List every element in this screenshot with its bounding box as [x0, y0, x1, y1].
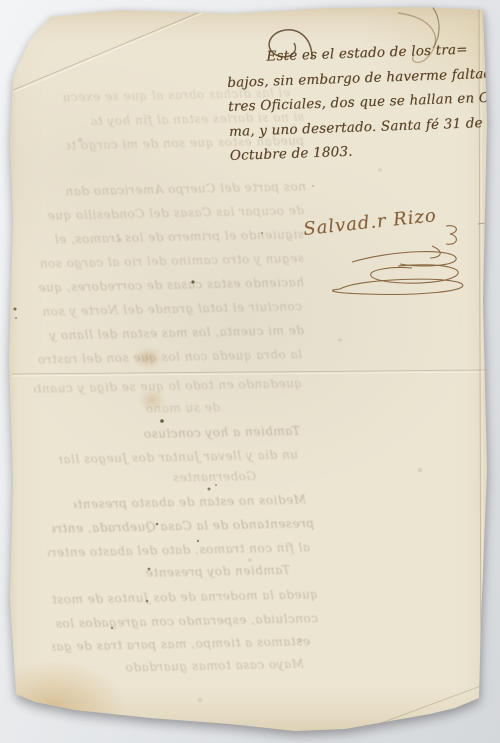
signature-salvador-rizo: Salvad.r Rizo — [302, 205, 437, 240]
bleedthrough-line: de mi cuenta, los mas estan del llano y — [34, 323, 304, 343]
paper-shadow-wrap: el las dichas obras al que se executensi… — [0, 0, 500, 743]
bleedthrough-line: un dia y llevar Juntar dos Juegos llanos — [58, 447, 298, 466]
bleedthrough-line: Gobernantes — [66, 469, 256, 487]
bleedthrough-line: siguiendo el primero de los tramos, el — [38, 227, 304, 247]
bleedthrough-line: Tambien a hoy concluso — [88, 424, 300, 442]
bleedthrough-line: estamos a tiempo, mas para tras de gasto… — [52, 634, 310, 653]
bleedthrough-line: quedando en todo lo que se diga y cuanto — [34, 376, 302, 396]
signature-rubric-flourish — [333, 226, 463, 295]
bleedthrough-line: Mayo casa tomas guardado — [92, 657, 304, 675]
photo-backdrop: el las dichas obras al que se executensi… — [0, 0, 500, 743]
manuscript-page: el las dichas obras al que se executensi… — [0, 0, 500, 743]
bleedthrough-line: nos parte del Cuerpo Americano dan — [58, 179, 306, 198]
bleedthrough-line: la obra queda con los que son del rastro — [30, 347, 302, 367]
bleedthrough-line: Tambien doy presente — [88, 563, 290, 581]
bleedthrough-line: concluir el total grande del Norte y son — [38, 299, 302, 319]
bleedthrough-line: de su mano — [40, 400, 220, 418]
bleedthrough-line: de ocupar las Casas del Condesillo que — [44, 203, 304, 222]
bleedthrough-line: haciendo estas casas de corredores, que — [38, 275, 304, 295]
bleedthrough-line: segun y otro camino del rio al cargo son — [34, 251, 304, 271]
manuscript-text-block: Este es el estado de los tra= bajos, sin… — [226, 37, 496, 169]
bleedthrough-line: Medios no estan de abasto presente — [74, 493, 306, 512]
bleedthrough-line: concluida, esperando con agregados los d… — [56, 611, 318, 630]
bleedthrough-line: al fin con tramos, dato del abasto enter… — [48, 540, 310, 559]
bleedthrough-line: presentando de la Casa Quebrada, entrega… — [52, 516, 314, 535]
bleedthrough-line: queda la moderna de dos Juntos de mostra… — [52, 587, 318, 607]
